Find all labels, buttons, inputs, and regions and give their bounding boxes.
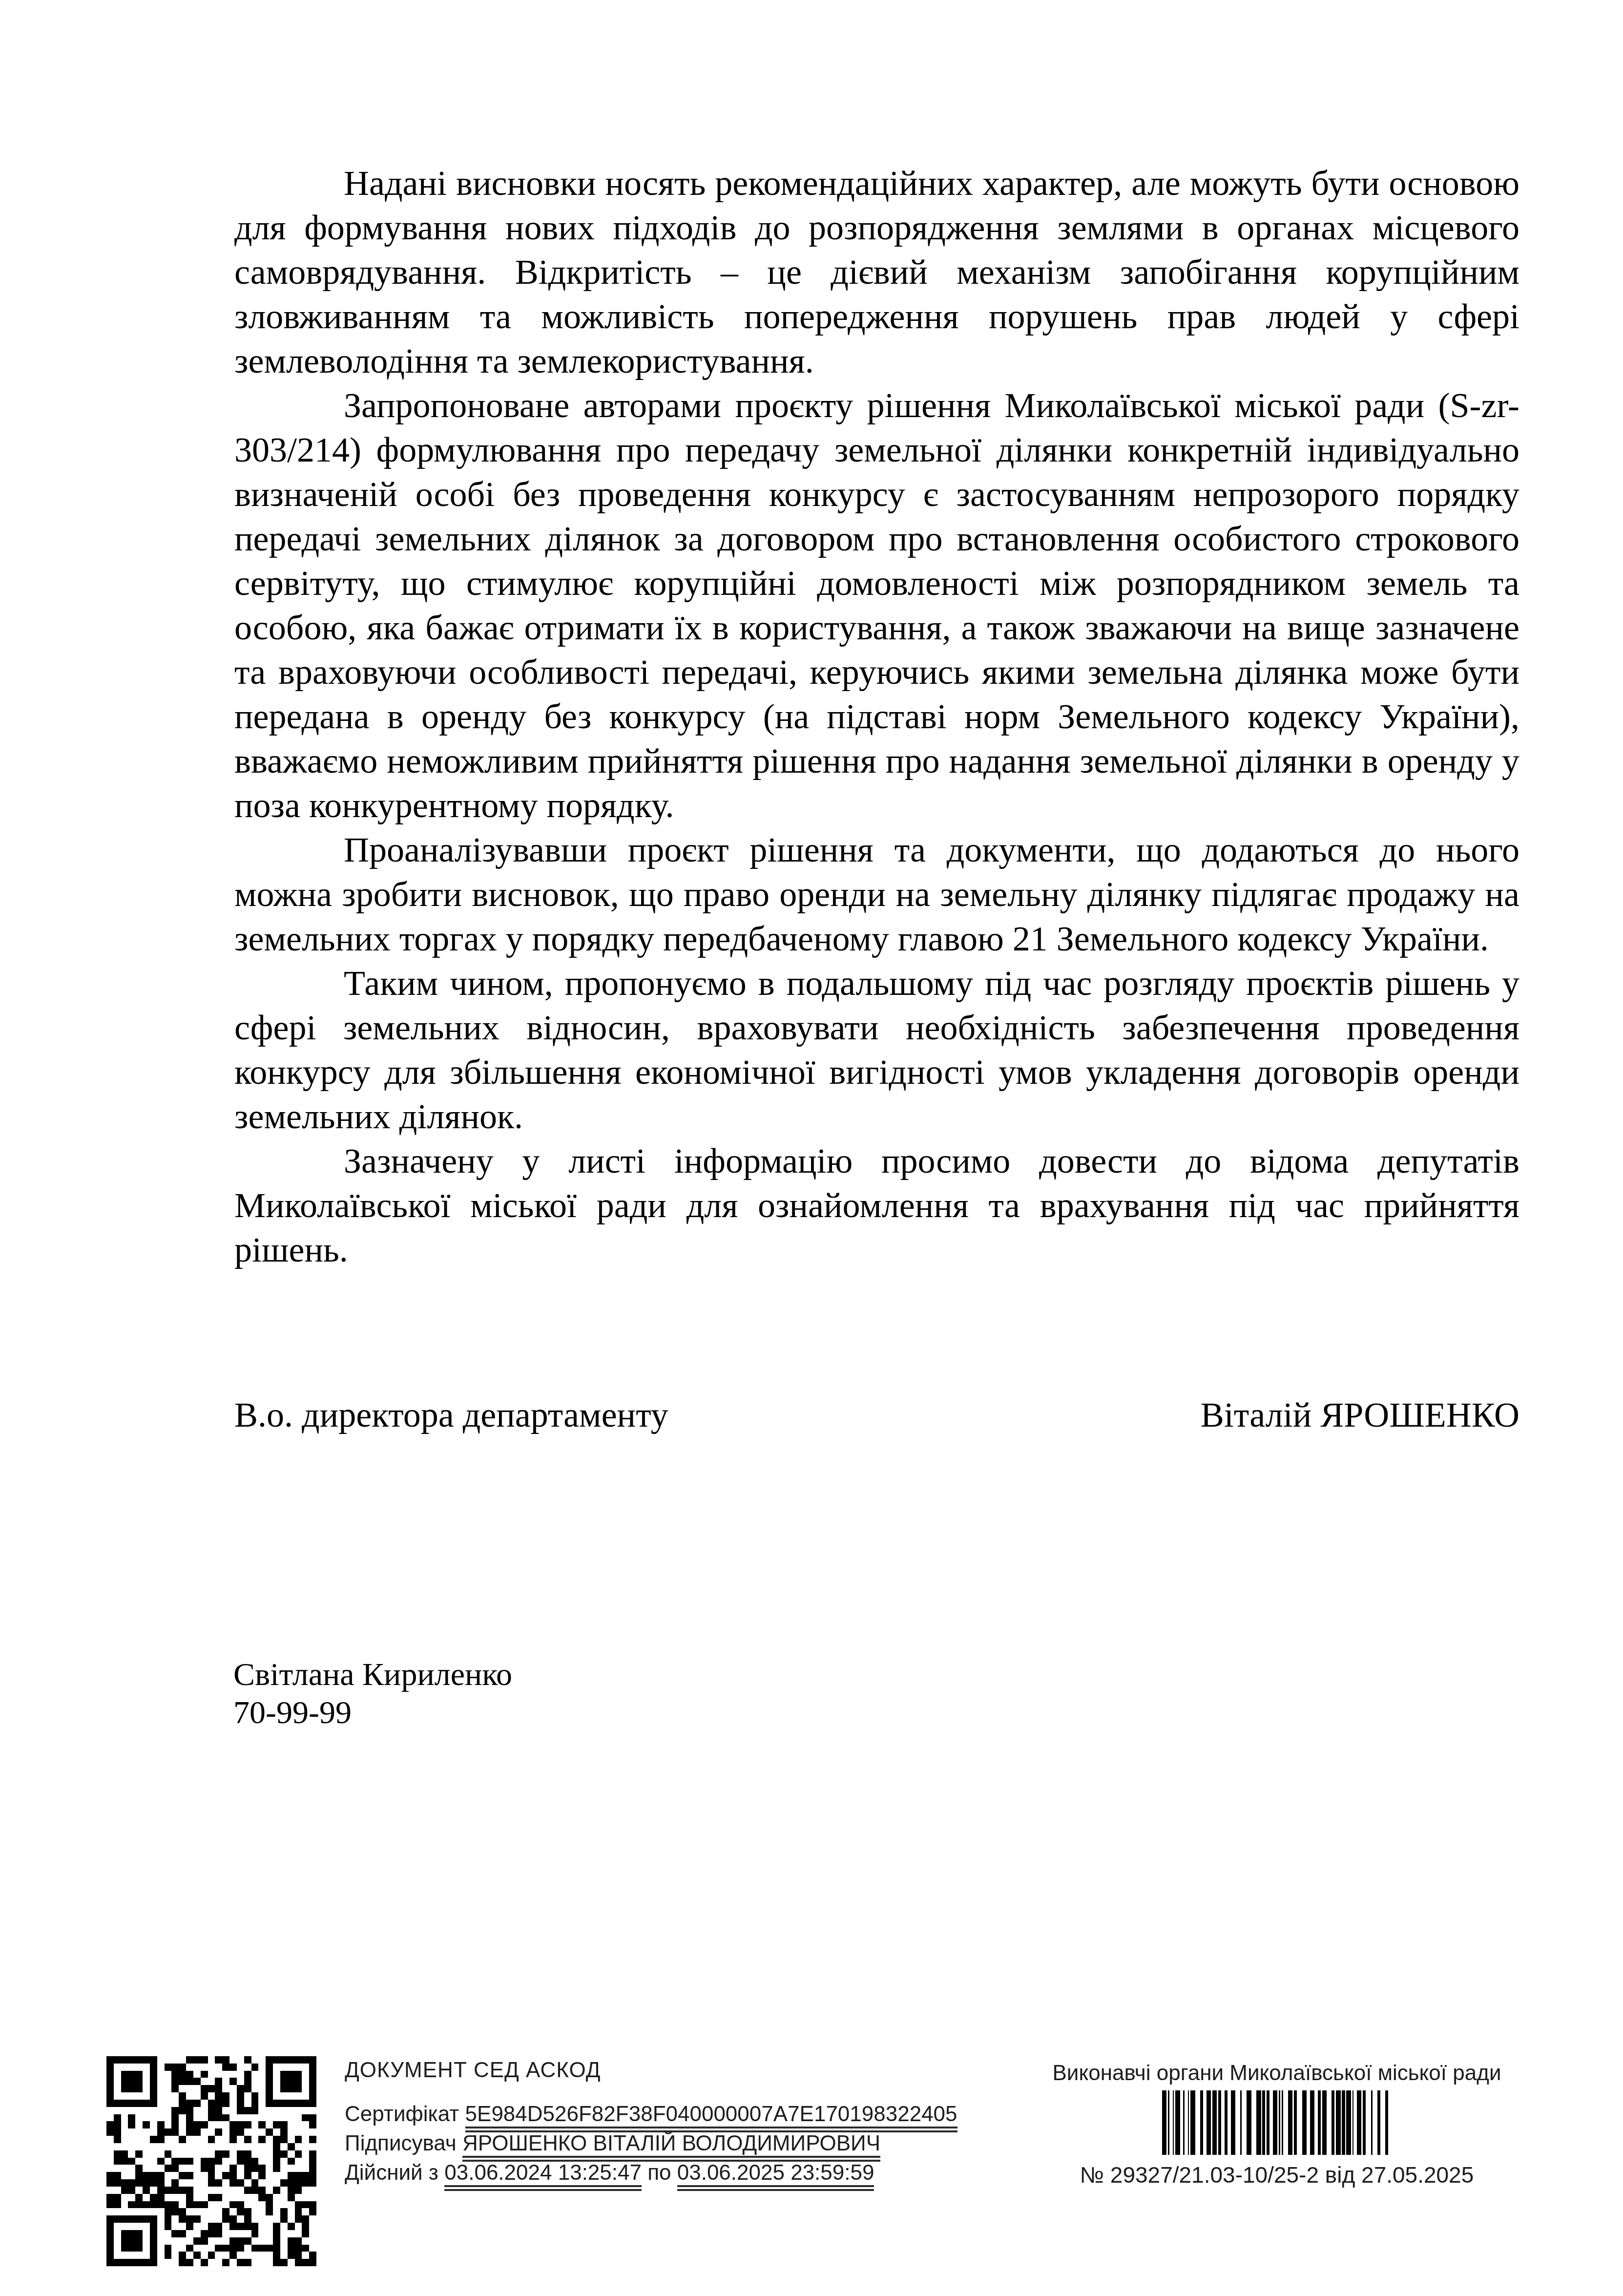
signer-position-text: В.о. директора департаменту [234, 1393, 668, 1437]
document-page: Надані висновки носять рекомендаційних х… [0, 0, 1623, 2296]
signer-name-text: Віталій ЯРОШЕНКО [1201, 1393, 1519, 1437]
signature-row: В.о. директора департаменту Віталій ЯРОШ… [234, 1393, 1519, 1437]
letter-paragraph: Запропоноване авторами проєкту рішення М… [234, 383, 1519, 828]
letter-body: Надані висновки носять рекомендаційних х… [234, 161, 1519, 1272]
validity-label: Дійсний з [345, 2161, 438, 2185]
org-block: Виконавчі органи Миколаївської міської р… [1020, 2061, 1533, 2187]
signer-label: Підписувач [345, 2131, 457, 2155]
barcode-icon [1162, 2090, 1392, 2155]
validity-line: Дійсний з 03.06.2024 13:25:47 по 03.06.2… [345, 2162, 957, 2184]
signer-line: Підписувач ЯРОШЕНКО ВІТАЛІЙ ВОЛОДИМИРОВИ… [345, 2132, 957, 2155]
contact-phone: 70-99-99 [233, 1694, 512, 1732]
letter-paragraph: Проаналізувавши проєкт рішення та докуме… [234, 828, 1519, 961]
org-name: Виконавчі органи Миколаївської міської р… [1020, 2061, 1533, 2085]
sed-askod-label: ДОКУМЕНТ СЕД АСКОД [345, 2058, 957, 2083]
certificate-line: Сертифікат 5E984D526F82F38F040000007A7E1… [345, 2103, 957, 2126]
registration-number: № 29327/21.03-10/25-2 від 27.05.2025 [1020, 2163, 1533, 2187]
certificate-number: 5E984D526F82F38F040000007A7E170198322405 [465, 2102, 957, 2132]
signer-fullname: ЯРОШЕНКО ВІТАЛІЙ ВОЛОДИМИРОВИЧ [462, 2131, 880, 2162]
qr-code-icon [106, 2056, 316, 2266]
contact-name: Світлана Кириленко [233, 1656, 512, 1694]
valid-from-date: 03.06.2024 13:25:47 [444, 2161, 642, 2191]
letter-paragraph: Надані висновки носять рекомендаційних х… [234, 161, 1519, 383]
esign-stamp-text: ДОКУМЕНТ СЕД АСКОД Сертифікат 5E984D526F… [345, 2058, 957, 2191]
letter-paragraph: Зазначену у листі інформацію просимо дов… [234, 1139, 1519, 1272]
letter-paragraph: Таким чином, пропонуємо в подальшому під… [234, 961, 1519, 1139]
valid-to-date: 03.06.2025 23:59:59 [677, 2161, 874, 2191]
validity-to-label: по [647, 2161, 671, 2185]
certificate-label: Сертифікат [345, 2102, 459, 2126]
contact-block: Світлана Кириленко 70-99-99 [233, 1656, 512, 1732]
